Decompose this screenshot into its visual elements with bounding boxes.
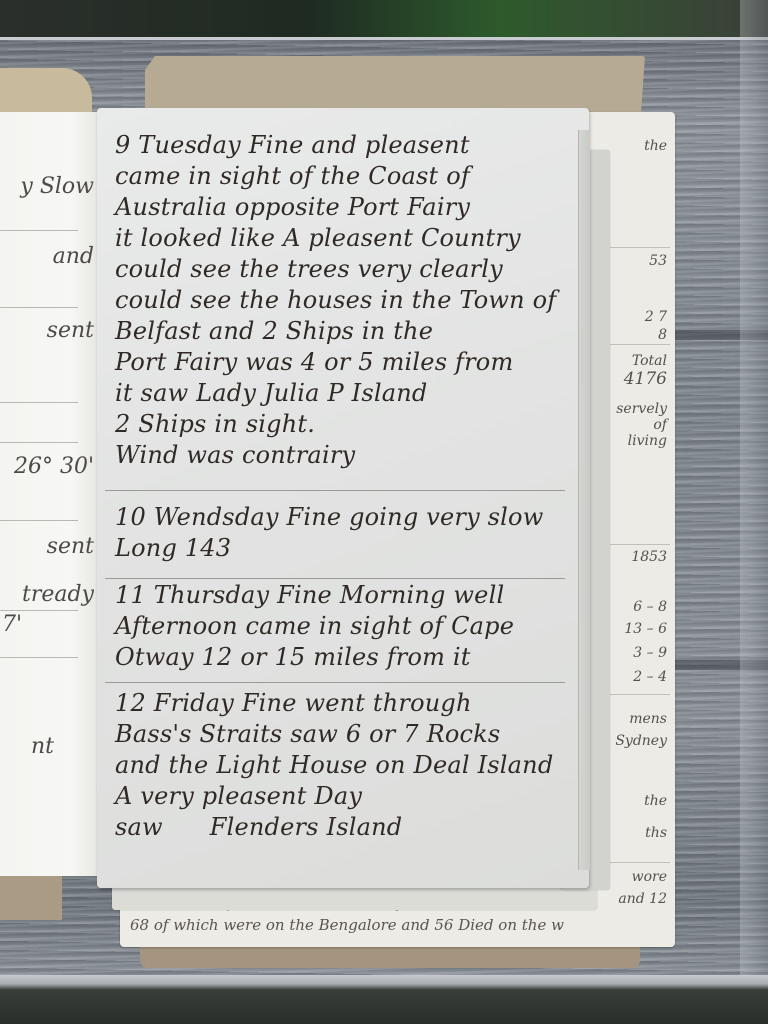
under-text: 2 – 4: [605, 668, 675, 686]
diary-line: Long 143: [115, 533, 575, 564]
left-page-rule: [0, 610, 78, 611]
under-text: mens: [605, 710, 675, 728]
left-page-fragment: 7': [2, 612, 22, 637]
diary-line: 9 Tuesday Fine and pleasent: [115, 130, 575, 161]
diary-line: 2 Ships in sight.: [115, 409, 575, 440]
under-rule: [600, 344, 670, 345]
left-page-fragment: y Slow: [20, 174, 94, 199]
under-text: living: [605, 432, 675, 450]
diary-line: A very pleasent Day: [115, 781, 575, 812]
diary-line: it looked like A pleasent Country: [115, 223, 575, 254]
diary-line: Bass's Straits saw 6 or 7 Rocks: [115, 719, 575, 750]
entry-separator: [105, 682, 565, 683]
left-page-fragment: 26° 30': [14, 454, 94, 479]
entry-separator: [105, 490, 565, 491]
diary-line: 11 Thursday Fine Morning well: [115, 580, 575, 611]
left-page-rule: [0, 307, 78, 308]
under-text: 13 – 6: [605, 620, 675, 638]
under-text: 4176: [605, 370, 675, 388]
cardboard-backing-bottom-left: [0, 876, 62, 920]
page-right-edge: [578, 130, 590, 870]
left-page-rule: [0, 230, 78, 231]
diary-line: saw Flenders Island: [115, 812, 575, 843]
under-bottom-line: 68 of which were on the Bengalore and 56…: [130, 914, 670, 936]
diary-line: Otway 12 or 15 miles from it: [115, 642, 575, 673]
diary-line: Port Fairy was 4 or 5 miles from: [115, 347, 575, 378]
diary-line: Belfast and 2 Ships in the: [115, 316, 575, 347]
diary-line: Wind was contrairy: [115, 440, 575, 471]
diary-entry-9: 9 Tuesday Fine and pleasent came in sigh…: [115, 130, 575, 471]
under-rule: [600, 862, 670, 863]
left-page-fragment: sent: [47, 318, 94, 343]
diary-line: 12 Friday Fine went through: [115, 688, 575, 719]
diary-entry-10: 10 Wendsday Fine going very slow Long 14…: [115, 502, 575, 564]
acrylic-edge: [740, 0, 768, 1024]
left-page-fragment: sent: [47, 534, 94, 559]
bottom-gap-shadow: [0, 975, 768, 1024]
diary-line: 10 Wendsday Fine going very slow: [115, 502, 575, 533]
diary-line: could see the trees very clearly: [115, 254, 575, 285]
under-text: 8: [605, 326, 675, 344]
entry-separator: [105, 578, 565, 579]
diary-entry-12: 12 Friday Fine went through Bass's Strai…: [115, 688, 575, 843]
left-page-rule: [0, 402, 78, 403]
diary-line: Australia opposite Port Fairy: [115, 192, 575, 223]
left-facing-page: y Slow and sent 26° 30' sent tready 7' n…: [0, 112, 104, 876]
left-page-rule: [0, 657, 78, 658]
under-rule: [600, 544, 670, 545]
under-text: Sydney: [605, 732, 675, 750]
left-page-fragment: tready: [22, 582, 94, 607]
diary-page: 9 Tuesday Fine and pleasent came in sigh…: [97, 108, 589, 888]
left-page-fragment: and: [53, 244, 94, 269]
diary-line: Afternoon came in sight of Cape: [115, 611, 575, 642]
under-text: wore: [605, 868, 675, 886]
under-text: 1853: [605, 548, 675, 566]
under-text: Total: [605, 352, 675, 370]
diary-line: could see the houses in the Town of: [115, 285, 575, 316]
under-rule: [600, 694, 670, 695]
diary-entry-11: 11 Thursday Fine Morning well Afternoon …: [115, 580, 575, 673]
under-text: the: [605, 792, 675, 810]
diary-line: came in sight of the Coast of: [115, 161, 575, 192]
under-text: 2 7: [605, 308, 675, 326]
under-rule: [600, 247, 670, 248]
under-text: 6 – 8: [605, 598, 675, 616]
under-text: 53: [605, 252, 675, 270]
diary-line: and the Light House on Deal Island: [115, 750, 575, 781]
under-text: 3 – 9: [605, 644, 675, 662]
under-text: ths: [605, 824, 675, 842]
top-gap-shadow: [0, 0, 768, 40]
left-page-rule: [0, 442, 78, 443]
left-page-rule: [0, 520, 78, 521]
under-text: the: [605, 137, 675, 155]
left-page-fragment: nt: [31, 734, 54, 759]
diary-line: it saw Lady Julia P Island: [115, 378, 575, 409]
